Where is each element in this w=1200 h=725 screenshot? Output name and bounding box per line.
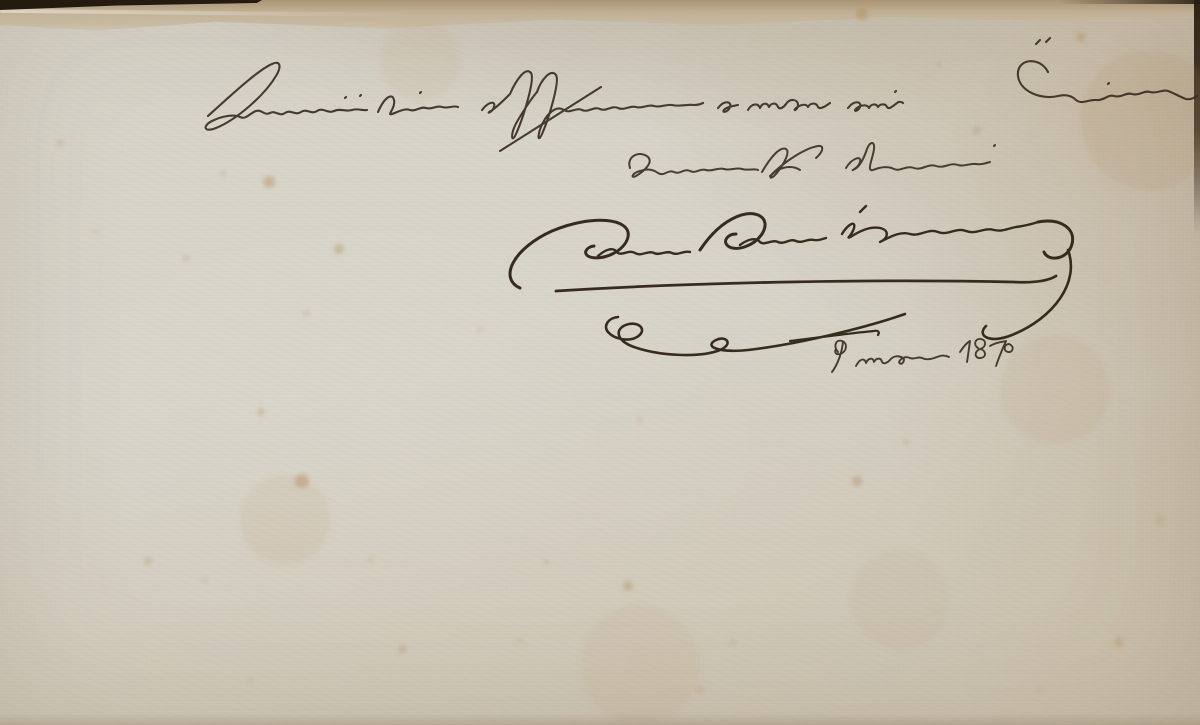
line2-tall-t [762,149,800,178]
signature-flourish-tail-line [790,331,879,341]
inscription-line1 [206,38,1197,151]
signature [510,206,1073,355]
date-digit-9 [832,341,846,372]
date-digit-8 [975,339,985,358]
word-ami [848,91,903,111]
word-loison-ticks [1036,38,1109,84]
date-digit-0 [1005,344,1013,352]
inscription-line2 [629,143,995,178]
line2-opening-glyph [629,154,758,177]
word-affectueux [482,71,703,138]
word-affectueux-crossbar [500,87,601,151]
word-mon [748,100,830,110]
word-souvenir-dots [345,95,361,98]
inscription-date [832,339,1013,372]
signature-descending-tail [983,250,1071,339]
word-devoue [846,143,995,170]
date-word-mars [856,356,949,366]
word-loison [1018,61,1197,102]
book-page-photo [0,0,1200,725]
signature-loop-flourish [606,314,905,355]
handwriting-layer [0,0,1200,725]
signature-right-swash [1038,221,1073,258]
word-souvenir [206,63,367,130]
word-a [718,102,738,112]
signature-underline [556,276,1056,291]
date-digit-1 [960,341,970,362]
signature-opening-loop [510,220,628,288]
date-digit-7 [990,341,1006,366]
signature-david-d [700,214,765,250]
word-bien [378,92,458,114]
signature-dangers [842,206,1038,242]
